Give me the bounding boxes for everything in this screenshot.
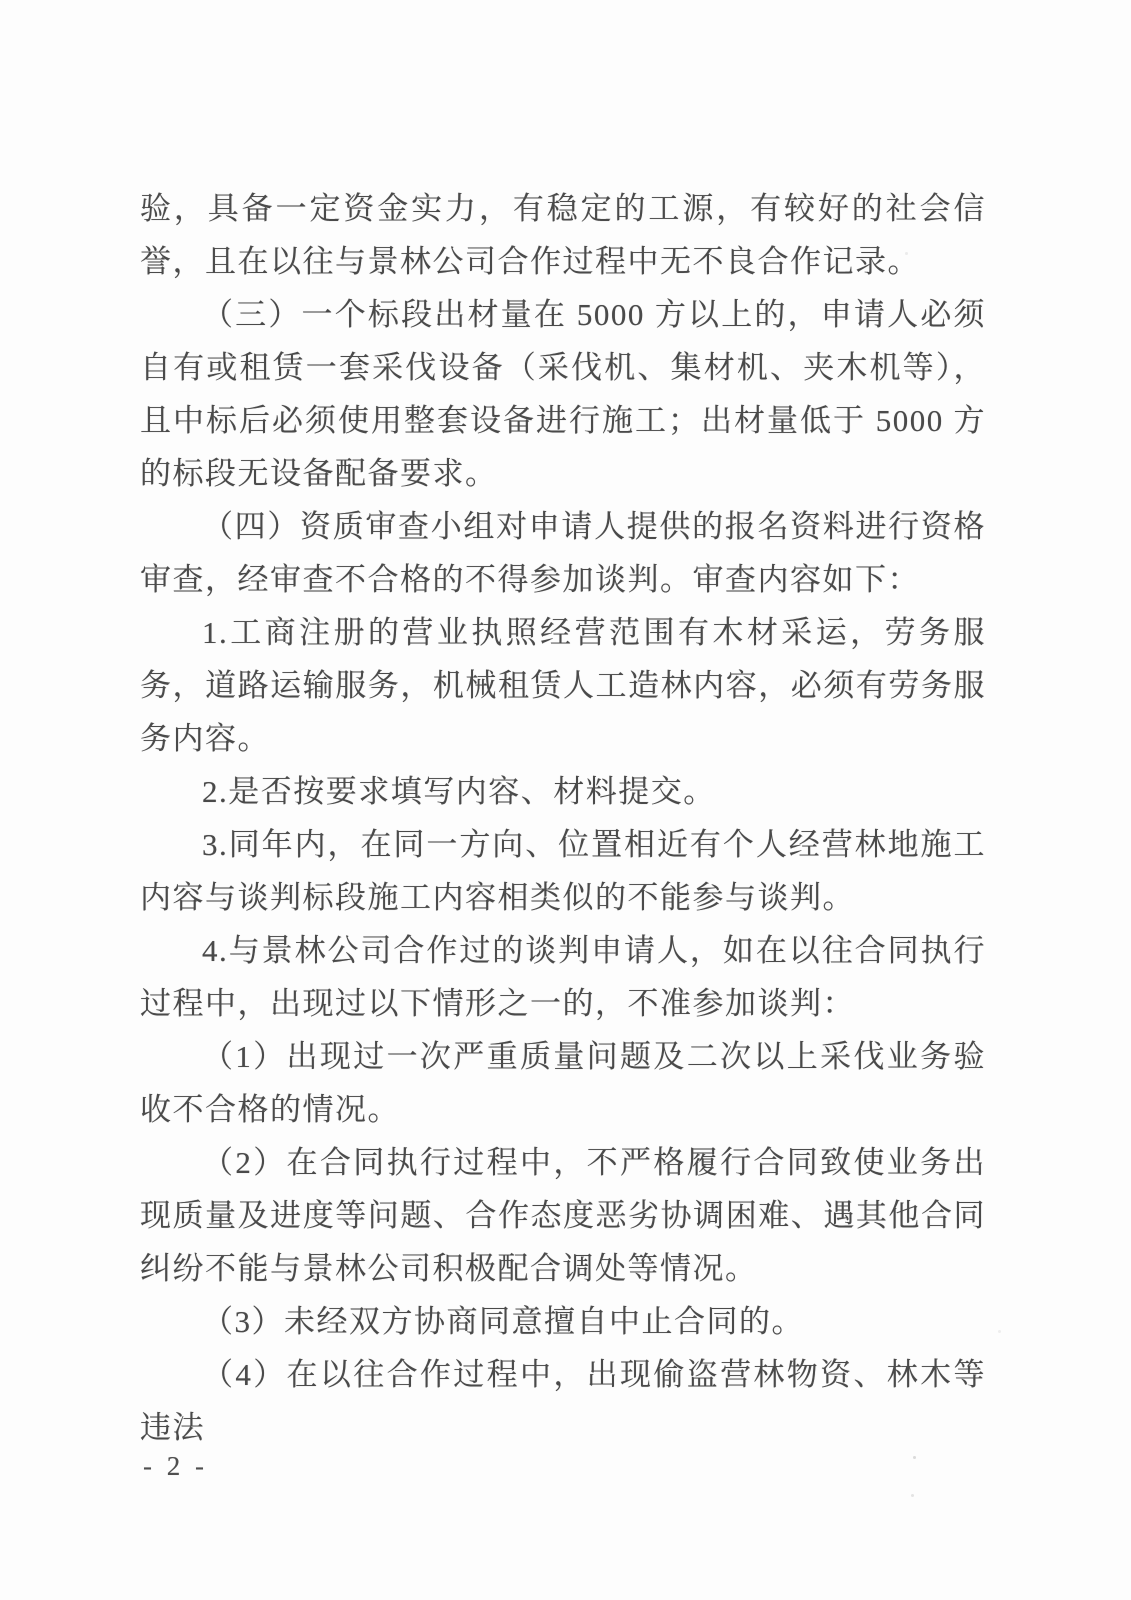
paragraph-subpoint-2: （2）在合同执行过程中，不严格履行合同致使业务出现质量及进度等问题、合作态度恶劣…	[140, 1136, 986, 1295]
scan-speck	[913, 1456, 916, 1459]
page-number: - 2 -	[143, 1446, 208, 1486]
document-page: 验，具备一定资金实力，有稳定的工源，有较好的社会信誉，且在以往与景林公司合作过程…	[0, 0, 1131, 1600]
paragraph-point-4: 4.与景林公司合作过的谈判申请人，如在以往合同执行过程中，出现过以下情形之一的，…	[140, 924, 986, 1030]
paragraph-point-2: 2.是否按要求填写内容、材料提交。	[140, 765, 986, 818]
scan-speck	[905, 252, 908, 255]
scan-speck	[998, 1330, 1001, 1333]
paragraph-continuation: 验，具备一定资金实力，有稳定的工源，有较好的社会信誉，且在以往与景林公司合作过程…	[140, 182, 986, 288]
paragraph-point-1: 1.工商注册的营业执照经营范围有木材采运，劳务服务，道路运输服务，机械租赁人工造…	[140, 606, 986, 765]
scan-speck	[911, 1494, 914, 1497]
paragraph-item-4: （四）资质审查小组对申请人提供的报名资料进行资格审查，经审查不合格的不得参加谈判…	[140, 500, 986, 606]
document-body: 验，具备一定资金实力，有稳定的工源，有较好的社会信誉，且在以往与景林公司合作过程…	[140, 182, 986, 1454]
paragraph-subpoint-1: （1）出现过一次严重质量问题及二次以上采伐业务验收不合格的情况。	[140, 1030, 986, 1136]
paragraph-subpoint-4: （4）在以往合作过程中，出现偷盗营林物资、林木等违法	[140, 1348, 986, 1454]
paragraph-subpoint-3: （3）未经双方协商同意擅自中止合同的。	[140, 1295, 986, 1348]
paragraph-point-3: 3.同年内，在同一方向、位置相近有个人经营林地施工内容与谈判标段施工内容相类似的…	[140, 818, 986, 924]
paragraph-item-3: （三）一个标段出材量在 5000 方以上的，申请人必须自有或租赁一套采伐设备（采…	[140, 288, 986, 500]
